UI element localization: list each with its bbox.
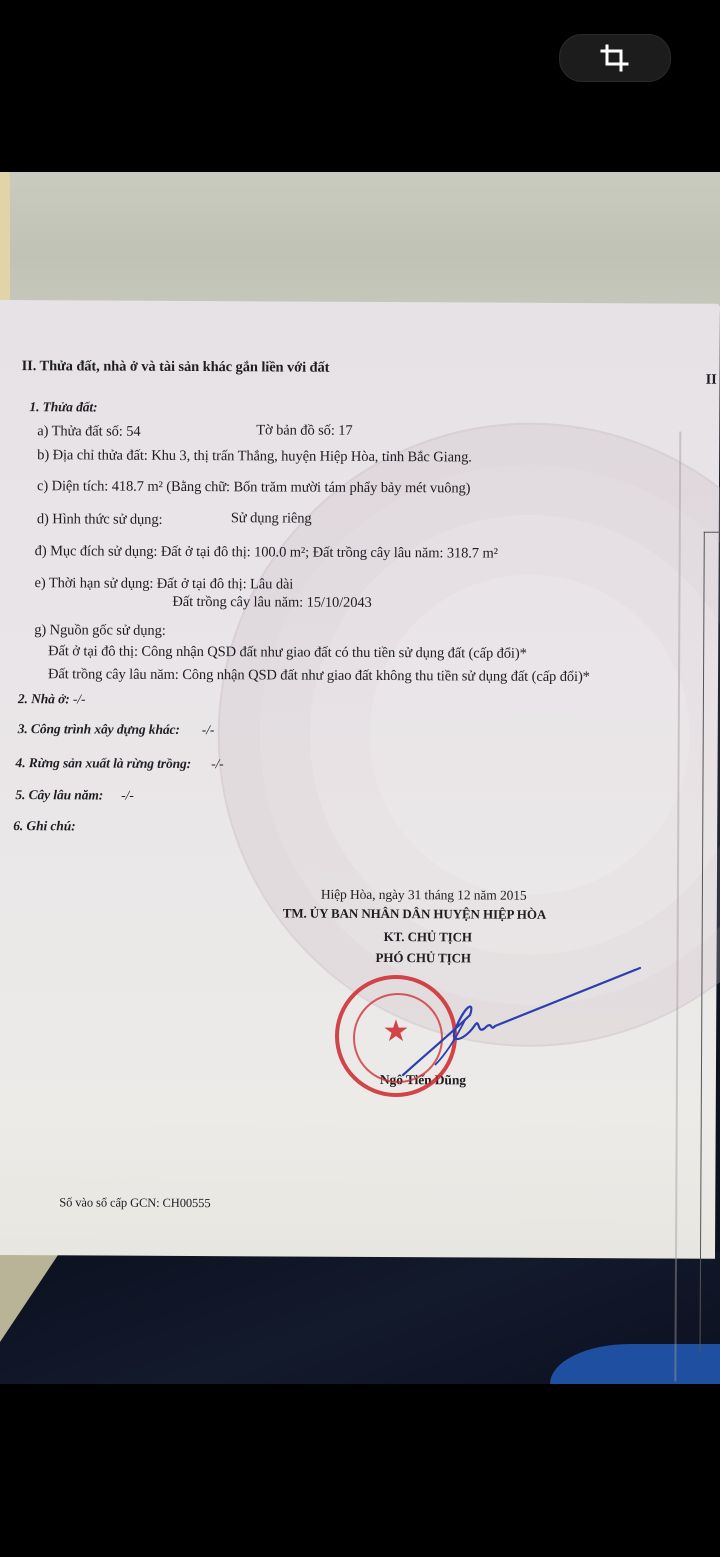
usage-term-perennial: Đất trồng cây lâu năm: 15/10/2043	[172, 594, 371, 612]
signature	[395, 960, 645, 1090]
registry-number: Số vào sổ cấp GCN: CH00555	[59, 1195, 210, 1211]
crop-icon	[599, 42, 631, 74]
item-value: -/-	[211, 756, 224, 771]
usage-form-label: d) Hình thức sử dụng:	[37, 511, 163, 529]
item-notes: 6. Ghi chú:	[13, 818, 75, 834]
blue-fabric	[550, 1344, 720, 1384]
item-label: 6. Ghi chú:	[13, 818, 75, 833]
usage-purpose: đ) Mục đích sử dụng: Đất ở tại đô thị: 1…	[35, 543, 498, 562]
right-page-section: II	[706, 372, 717, 389]
place-date: Hiệp Hòa, ngày 31 tháng 12 năm 2015	[321, 887, 527, 904]
origin-label: g) Nguồn gốc sử dụng:	[34, 622, 166, 640]
document-photo: II. Thửa đất, nhà ở và tài sản khác gắn …	[0, 172, 720, 1384]
origin-urban: Đất ở tại đô thị: Công nhận QSD đất như …	[48, 643, 527, 663]
wall-background	[0, 172, 720, 312]
map-sheet-number: Tờ bản đồ số: 17	[256, 422, 352, 440]
land-heading: 1. Thửa đất:	[29, 399, 97, 415]
item-production-forest: 4. Rừng sản xuất là rừng trồng:-/-	[16, 755, 224, 772]
issuing-authority: TM. ỦY BAN NHÂN DÂN HUYỆN HIỆP HÒA	[283, 905, 546, 922]
parcel-number: a) Thửa đất số: 54	[37, 423, 140, 441]
parcel-address: b) Địa chỉ thửa đất: Khu 3, thị trấn Thắ…	[37, 447, 472, 466]
item-label: 4. Rừng sản xuất là rừng trồng:	[16, 755, 192, 771]
section-title: II. Thửa đất, nhà ở và tài sản khác gắn …	[22, 358, 330, 377]
item-label: 3. Công trình xây dựng khác:	[18, 721, 180, 737]
cloth-background	[0, 1252, 720, 1384]
on-behalf-of: KT. CHỦ TỊCH	[384, 929, 472, 945]
usage-term: e) Thời hạn sử dụng: Đất ở tại đô thị: L…	[34, 575, 293, 593]
land-certificate-page: II. Thửa đất, nhà ở và tài sản khác gắn …	[0, 300, 720, 1259]
item-label: 2. Nhà ở:	[18, 691, 70, 706]
item-other-construction: 3. Công trình xây dựng khác:-/-	[18, 721, 215, 738]
parcel-area: c) Diện tích: 418.7 m² (Bằng chữ: Bốn tr…	[37, 478, 470, 497]
right-page-frame	[699, 532, 720, 1353]
item-label: 5. Cây lâu năm:	[15, 787, 103, 802]
item-house: 2. Nhà ở: -/-	[18, 691, 86, 707]
item-value: -/-	[73, 691, 86, 706]
origin-perennial: Đất trồng cây lâu năm: Công nhận QSD đất…	[48, 666, 590, 686]
item-perennial-trees: 5. Cây lâu năm:-/-	[15, 787, 133, 804]
crop-button[interactable]	[559, 34, 671, 82]
item-value: -/-	[121, 788, 134, 803]
item-value: -/-	[202, 722, 215, 737]
wall-edge	[0, 172, 10, 312]
usage-form-value: Sử dụng riêng	[231, 510, 312, 527]
